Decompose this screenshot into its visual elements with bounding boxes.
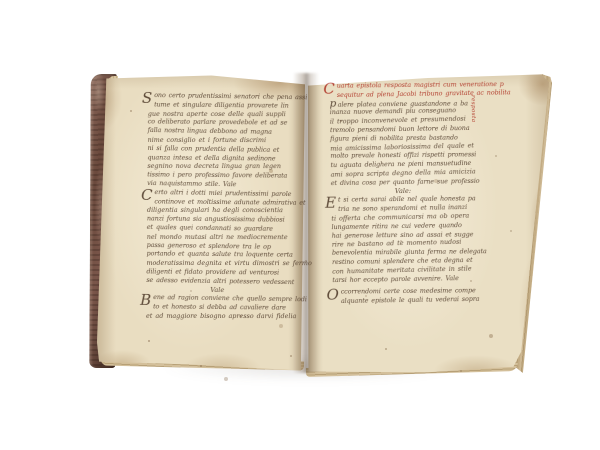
handwritten-paragraph: Sono certo prudentissimi senatori che pe…	[147, 91, 290, 189]
right-page-handwritten-text: Cuarta epistola resposta magistri cum ve…	[329, 80, 476, 306]
handwritten-paragraph: Certo altri i dotti miei prudentissimi p…	[146, 188, 289, 286]
handwritten-line: tarsi hor eccepto parole avvenire. Vale	[332, 273, 476, 284]
photograph-of-manuscript: Sono certo prudentissimi senatori che pe…	[0, 0, 600, 450]
handwritten-paragraph: Bene ad ragion conviene che quello sempr…	[146, 294, 288, 322]
rubric-paragraph: Cuarta epistola resposta magistri cum ve…	[329, 80, 473, 100]
parchment-stains-left	[130, 110, 132, 112]
red-marginal-annotation: resposta	[468, 95, 477, 143]
handwritten-line: et ad maggiore bisogno apresso darvi fid…	[146, 312, 288, 321]
center-fold-shadow	[293, 73, 319, 373]
left-page-handwritten-text: Sono certo prudentissimi senatori che pe…	[146, 91, 290, 321]
handwritten-paragraph: Et si certa sarai abile nel quale honest…	[331, 194, 476, 284]
handwritten-paragraph: palere platea conviene guastandone a bai…	[330, 97, 475, 187]
handwritten-line: tume et singulare diligentia provarete l…	[148, 100, 290, 110]
handwritten-paragraph: Occorrendomi certe cose medesime compeal…	[332, 286, 476, 306]
